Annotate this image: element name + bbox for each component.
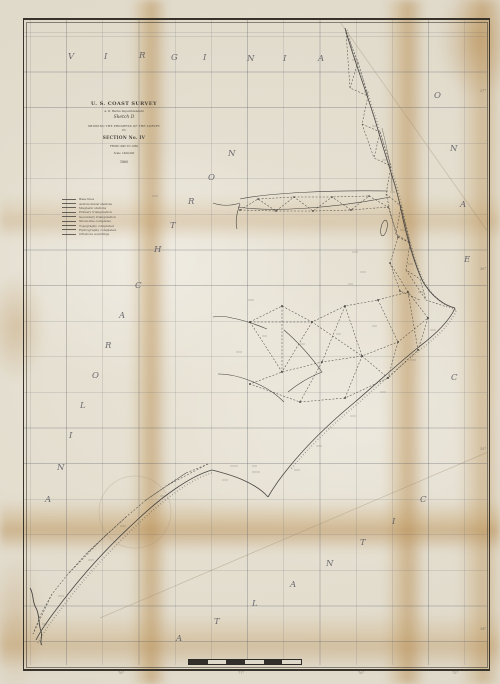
survey-title: U. S. COAST SURVEY bbox=[78, 101, 170, 109]
legend-symbol bbox=[62, 216, 76, 217]
ocean-letter: N bbox=[449, 144, 458, 154]
subtitle-line: SHOWING THE PROGRESS OF THE SURVEY bbox=[78, 124, 170, 128]
north-carolina-letter: C bbox=[135, 281, 142, 291]
map-artwork: V I R G I N I A N O R T H C A R O L I N … bbox=[0, 0, 500, 684]
north-carolina-letter: N bbox=[56, 463, 65, 473]
atlantic-letter: A bbox=[175, 634, 182, 644]
virginia-letter: N bbox=[246, 54, 255, 64]
virginia-letter: I bbox=[103, 52, 108, 62]
atlantic-letter: I bbox=[391, 517, 396, 527]
virginia-letter: V bbox=[68, 52, 75, 62]
atlantic-letter: T bbox=[360, 538, 367, 548]
lon-tick-label: 76° bbox=[358, 671, 364, 675]
north-carolina-letter: O bbox=[208, 173, 215, 183]
section-line: SECTION No. IV bbox=[78, 135, 170, 142]
virginia-letter: I bbox=[282, 54, 287, 64]
legend-symbol bbox=[62, 207, 76, 208]
superintendent-line: A. D. Bache Superintendent bbox=[78, 109, 170, 113]
legend-label: Astronomical stations bbox=[79, 202, 112, 206]
north-carolina-letter: O bbox=[92, 371, 99, 381]
legend-symbol bbox=[62, 229, 76, 230]
legend-symbol bbox=[62, 225, 76, 226]
north-carolina-letter: A bbox=[44, 495, 51, 505]
north-carolina-letter: A bbox=[118, 311, 125, 321]
ocean-letter: A bbox=[459, 200, 466, 210]
legend-symbol bbox=[62, 221, 76, 222]
atlantic-letter: C bbox=[420, 495, 427, 505]
atlantic-letter: L bbox=[251, 599, 258, 609]
ocean-letter: C bbox=[451, 373, 458, 383]
triangulation-stations bbox=[239, 195, 429, 403]
legend-label: Off-shore soundings bbox=[79, 232, 109, 236]
scale-bar-segment bbox=[282, 660, 301, 664]
north-carolina-letter: R bbox=[104, 341, 112, 351]
lat-tick-label: 34° bbox=[480, 627, 486, 631]
subtitle-in: IN bbox=[78, 129, 170, 133]
north-carolina-letter: L bbox=[79, 401, 86, 411]
year-line: 1860 bbox=[78, 160, 170, 165]
atlantic-letter: A bbox=[289, 580, 296, 590]
lon-tick-label: 77° bbox=[238, 671, 244, 675]
north-carolina-letter: I bbox=[68, 431, 73, 441]
atlantic-letter: N bbox=[325, 559, 334, 569]
legend-label: Secondary triangulation bbox=[79, 215, 116, 219]
lat-tick-label: 36° bbox=[480, 267, 486, 271]
scanned-map-page: V I R G I N I A N O R T H C A R O L I N … bbox=[0, 0, 500, 684]
north-carolina-letter: T bbox=[170, 221, 177, 231]
legend-label: Primary triangulation bbox=[79, 210, 112, 214]
sketch-name: Sketch D bbox=[78, 115, 170, 122]
scale-bar-segment bbox=[245, 660, 264, 664]
virginia-letter: R bbox=[138, 51, 146, 61]
ocean-letter: O bbox=[434, 91, 441, 101]
legend-symbol bbox=[62, 203, 76, 204]
legend-symbol bbox=[62, 234, 76, 235]
north-carolina-letter: H bbox=[153, 245, 162, 255]
legend-label: Shore-line completed bbox=[79, 219, 111, 223]
legend-symbol bbox=[62, 199, 76, 200]
scale-line: Scale 1:400,000 bbox=[78, 152, 170, 156]
scale-bar-segment bbox=[189, 660, 208, 664]
north-carolina-letter: R bbox=[187, 197, 195, 207]
date-range-line: FROM 1845 TO 1860 bbox=[78, 145, 170, 149]
scale-bar bbox=[188, 659, 302, 665]
virginia-letter: I bbox=[202, 53, 207, 63]
legend-label: Magnetic stations bbox=[79, 206, 106, 210]
title-block: U. S. COAST SURVEY A. D. Bache Superinte… bbox=[78, 101, 170, 165]
legend-label: Topography completed bbox=[79, 224, 114, 228]
scale-bar-segment bbox=[264, 660, 283, 664]
lat-tick-label: 35° bbox=[480, 447, 486, 451]
lon-tick-label: 75° bbox=[452, 671, 458, 675]
scale-bar-segment bbox=[226, 660, 245, 664]
atlantic-letter: T bbox=[214, 617, 221, 627]
virginia-letter: G bbox=[171, 53, 178, 63]
north-carolina-letter: N bbox=[227, 149, 236, 159]
legend-label: Base lines bbox=[79, 197, 94, 201]
legend-label: Hydrography completed bbox=[79, 228, 116, 232]
lon-tick-label: 78° bbox=[118, 671, 124, 675]
virginia-letter: A bbox=[317, 54, 324, 64]
legend-references: Base lines Astronomical stations Magneti… bbox=[62, 197, 148, 237]
lat-tick-label: 37° bbox=[480, 89, 486, 93]
legend-symbol bbox=[62, 212, 76, 213]
ocean-letter: E bbox=[463, 255, 471, 265]
legend-row: Off-shore soundings bbox=[62, 232, 148, 236]
scale-bar-segment bbox=[208, 660, 227, 664]
